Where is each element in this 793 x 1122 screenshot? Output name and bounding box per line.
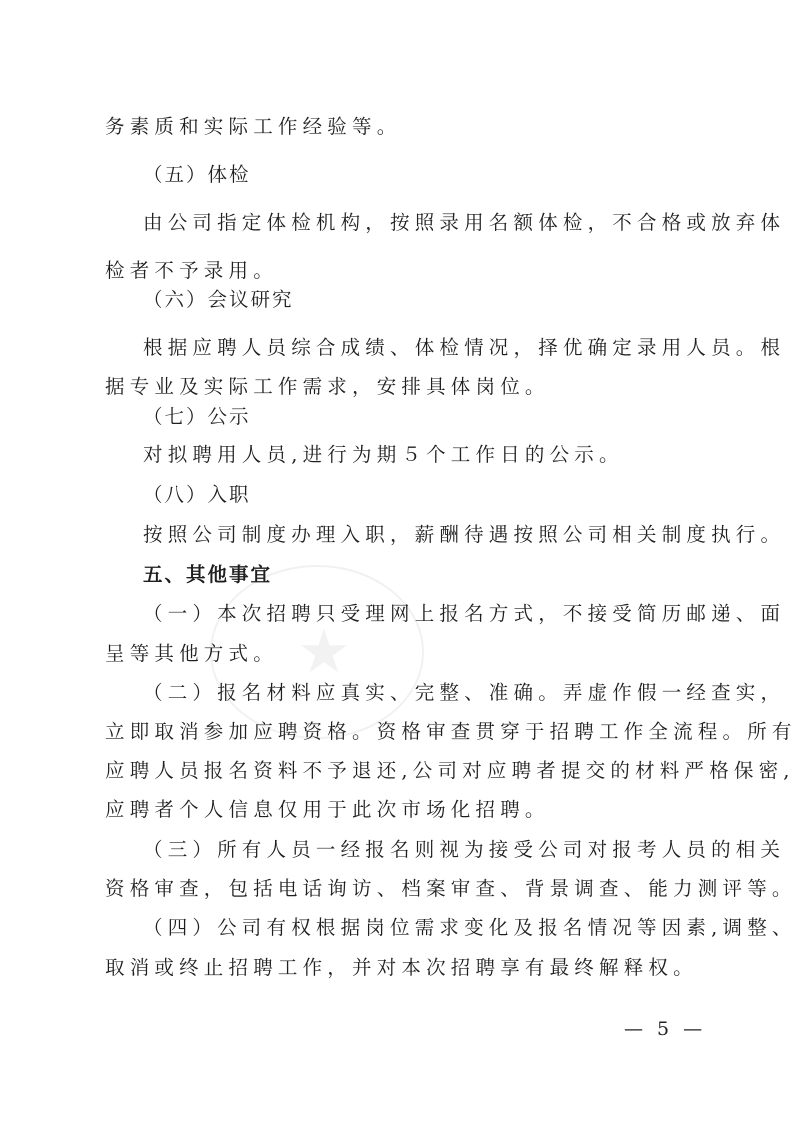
- paragraph-line: 应聘者个人信息仅用于此次市场化招聘。: [105, 798, 550, 822]
- paragraph-line: 检者不予录用。: [105, 259, 278, 283]
- subheading-onboarding: （八）入职: [143, 483, 251, 507]
- paragraph-line: 对拟聘用人员,进行为期５个工作日的公示。: [143, 443, 624, 467]
- paragraph-line: 按照公司制度办理入职，薪酬待遇按照公司相关制度执行。: [143, 523, 785, 547]
- page-number: — 5 —: [624, 1018, 706, 1040]
- paragraph-line: 立即取消参加应聘资格。资格审查贯穿于招聘工作全流程。所有: [105, 720, 793, 744]
- paragraph-line: 根据应聘人员综合成绩、体检情况，择优确定录用人员。根: [143, 336, 785, 360]
- paragraph-line: （三）所有人员一经报名则视为接受公司对报考人员的相关: [143, 838, 785, 862]
- paragraph-line: （二）报名材料应真实、完整、准确。弄虚作假一经查实，: [143, 681, 785, 705]
- paragraph-line: 由公司指定体检机构，按照录用名额体检，不合格或放弃体: [143, 211, 785, 235]
- paragraph-line: 务素质和实际工作经验等。: [105, 115, 401, 139]
- paragraph-line: 取消或终止招聘工作，并对本次招聘享有最终解释权。: [105, 956, 698, 980]
- paragraph-line: 资格审查，包括电话询访、档案审查、背景调查、能力测评等。: [105, 877, 793, 901]
- paragraph-line: 应聘人员报名资料不予退还,公司对应聘者提交的材料严格保密,: [105, 759, 793, 783]
- paragraph-line: （四）公司有权根据岗位需求变化及报名情况等因素,调整、: [143, 916, 793, 940]
- section-heading-other-matters: 五、其他事宜: [143, 563, 272, 587]
- subheading-physical-exam: （五）体检: [143, 163, 251, 187]
- paragraph-line: （一）本次招聘只受理网上报名方式，不接受简历邮递、面: [143, 602, 785, 626]
- subheading-publicity: （七）公示: [143, 405, 251, 429]
- subheading-meeting-research: （六）会议研究: [143, 288, 294, 312]
- paragraph-line: 据专业及实际工作需求，安排具体岗位。: [105, 375, 550, 399]
- document-page: ★ 务素质和实际工作经验等。 （五）体检 由公司指定体检机构，按照录用名额体检，…: [0, 0, 793, 1122]
- paragraph-line: 呈等其他方式。: [105, 642, 278, 666]
- star-icon: ★: [297, 617, 351, 687]
